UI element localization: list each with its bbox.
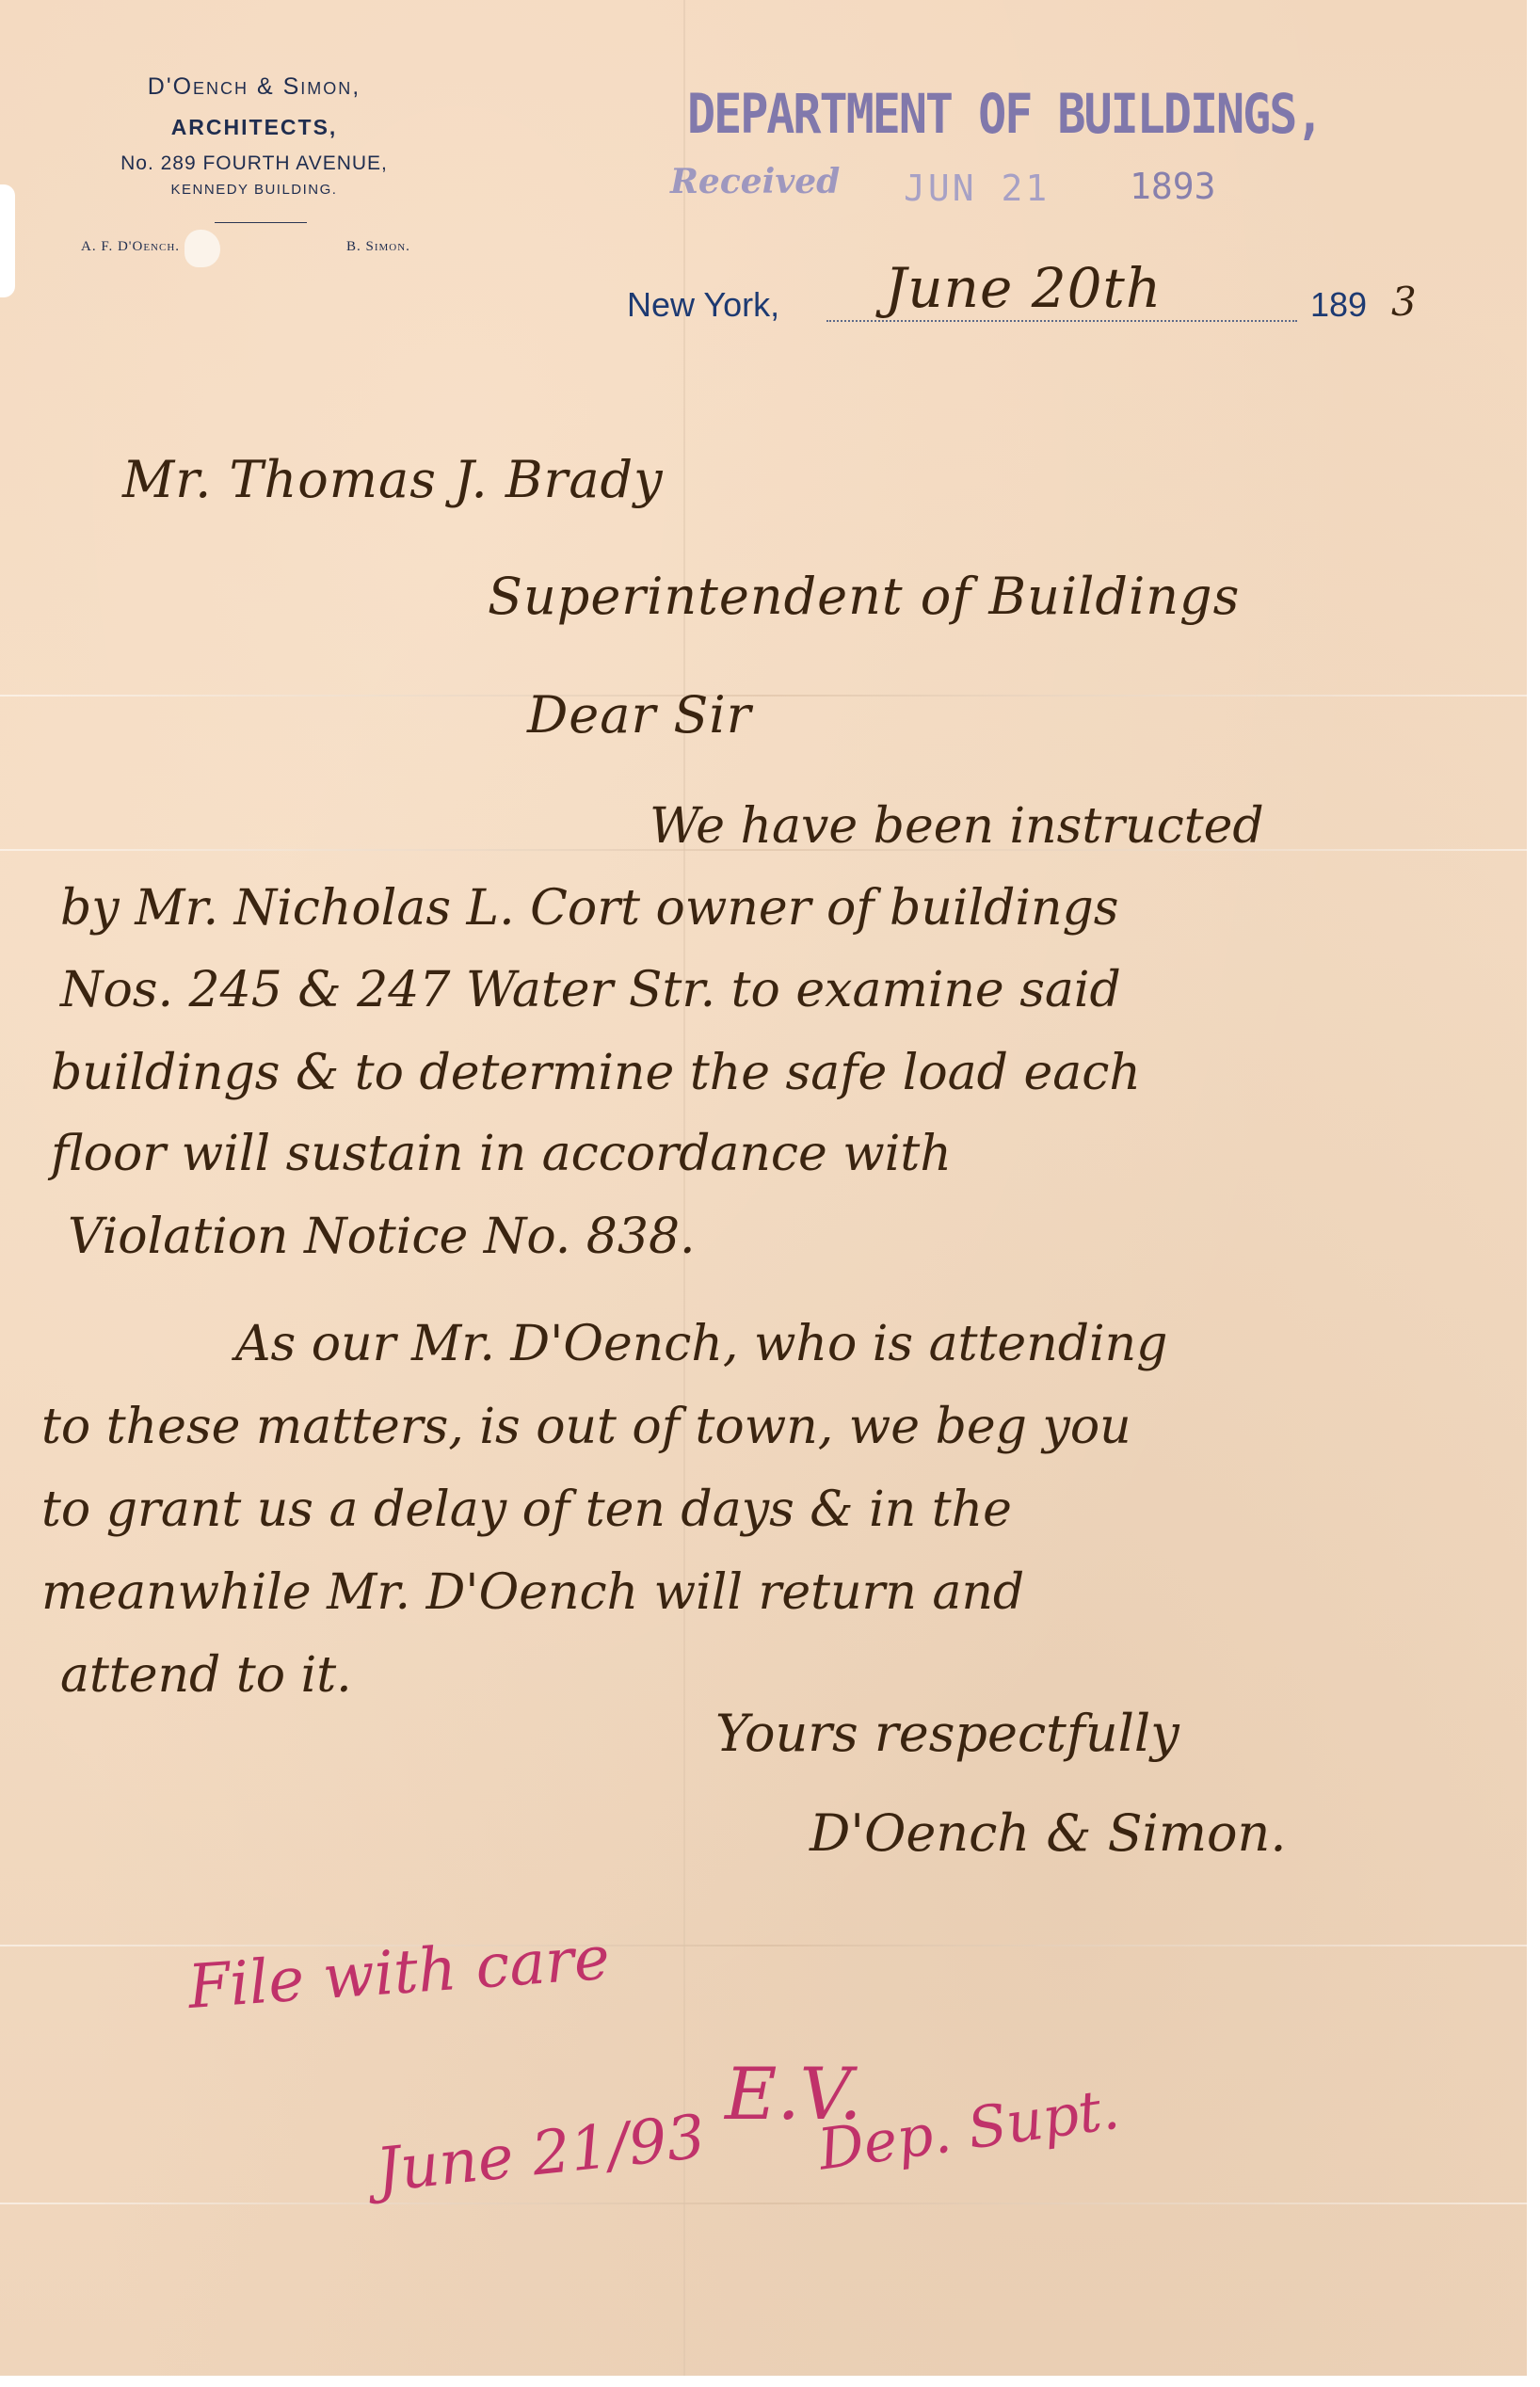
recipient-name: Mr. Thomas J. Brady bbox=[122, 450, 664, 509]
letterhead-rule bbox=[215, 222, 307, 223]
letterhead-firm: D'Oench & Simon, bbox=[75, 73, 433, 101]
body-line: buildings & to determine the safe load e… bbox=[51, 1045, 1141, 1101]
received-stamp-date: JUN 21 bbox=[904, 168, 1050, 209]
dateline-dotted-rule bbox=[826, 320, 1297, 322]
annotation-date: June 21/93 bbox=[373, 2103, 709, 2206]
dateline-year-prefix: 189 bbox=[1310, 285, 1367, 325]
body-line: attend to it. bbox=[60, 1647, 352, 1704]
fold-line-vertical bbox=[683, 0, 685, 2376]
dateline-place: New York, bbox=[627, 285, 779, 325]
body-line: meanwhile Mr. D'Oench will return and bbox=[41, 1564, 1024, 1621]
body-line: by Mr. Nicholas L. Cort owner of buildin… bbox=[60, 880, 1118, 937]
annotation-note: File with care bbox=[185, 1924, 612, 2023]
received-stamp-year: 1893 bbox=[1130, 166, 1216, 207]
received-stamp-label: Received bbox=[670, 162, 840, 201]
body-line: Nos. 245 & 247 Water Str. to examine sai… bbox=[60, 962, 1121, 1018]
letterhead-partner-left: A. F. D'Oench. bbox=[81, 239, 180, 255]
fold-line bbox=[0, 695, 1527, 697]
dateline-year-suffix: 3 bbox=[1391, 279, 1418, 325]
dateline-handwritten-date: June 20th bbox=[885, 256, 1162, 320]
letterhead-building: KENNEDY BUILDING. bbox=[75, 182, 433, 198]
salutation: Dear Sir bbox=[527, 685, 752, 745]
letterhead-partner-right: B. Simon. bbox=[346, 239, 410, 255]
body-line: As our Mr. D'Oench, who is attending bbox=[235, 1316, 1167, 1372]
fold-line bbox=[0, 2203, 1527, 2204]
body-line: We have been instructed bbox=[650, 798, 1264, 855]
letterhead-profession: ARCHITECTS, bbox=[75, 115, 433, 140]
body-line: Violation Notice No. 838. bbox=[68, 1209, 696, 1265]
received-stamp-title: DEPARTMENT OF BUILDINGS, bbox=[687, 83, 1322, 146]
letterhead-address: No. 289 FOURTH AVENUE, bbox=[75, 152, 433, 175]
fold-line bbox=[0, 1945, 1527, 1946]
body-line: floor will sustain in accordance with bbox=[51, 1126, 952, 1182]
letter-paper: D'Oench & Simon, ARCHITECTS, No. 289 FOU… bbox=[0, 0, 1527, 2376]
body-line: to grant us a delay of ten days & in the bbox=[41, 1482, 1012, 1538]
closing: Yours respectfully bbox=[715, 1704, 1179, 1763]
paper-tear-left bbox=[0, 184, 15, 297]
body-line: to these matters, is out of town, we beg… bbox=[41, 1399, 1131, 1455]
paper-hole bbox=[184, 230, 220, 267]
signature: D'Oench & Simon. bbox=[810, 1803, 1287, 1863]
recipient-title: Superintendent of Buildings bbox=[488, 567, 1240, 626]
